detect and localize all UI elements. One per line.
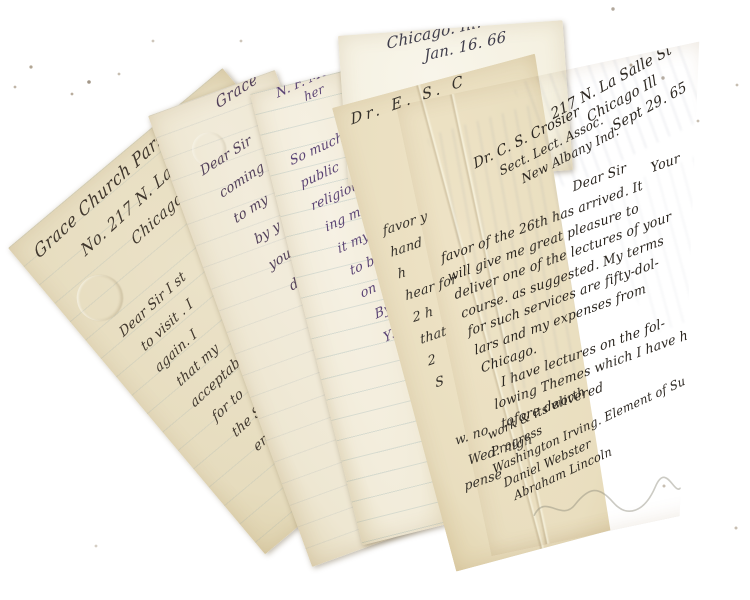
handwritten-heading: N. F. Mo her <box>273 71 337 114</box>
handwritten-dateline: Chicago. Ill. Jan. 16. 66 <box>385 20 509 72</box>
dust-specks <box>0 0 2 2</box>
photograph-of-five-letters: Grace Church Parson No. 217 N. La Chicag… <box>0 0 750 600</box>
